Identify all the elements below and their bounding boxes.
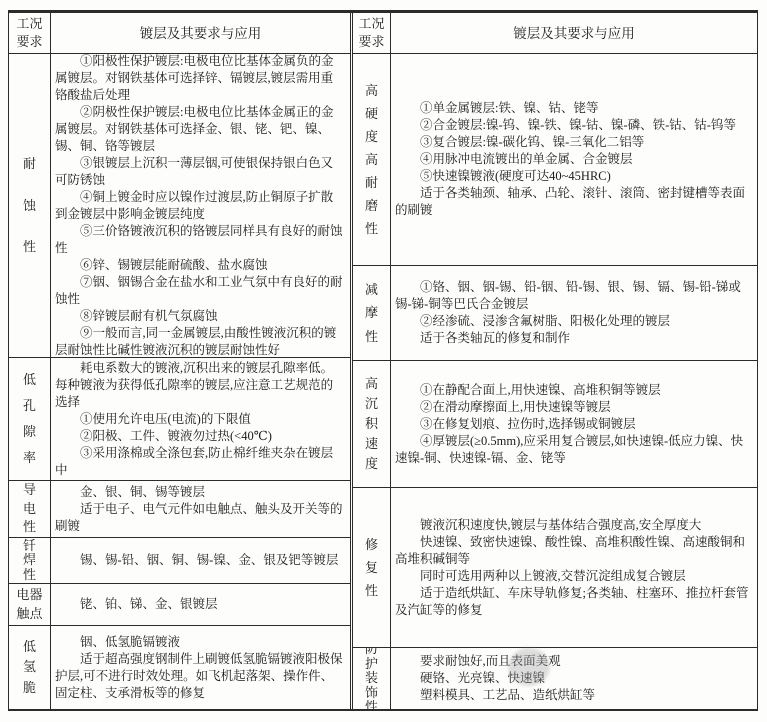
row-conductivity: 导 电 性 金、银、铜、锡等镀层适于电子、电气元件如电触点、触头及开关等的刷镀 bbox=[9, 481, 350, 538]
paragraph: ②阴极性保护镀层:电极电位比基体金属正的金属镀层。对钢铁基体可选择金、银、铑、钯… bbox=[55, 104, 345, 155]
row-content-solderability: 锡、锡-铅、铟、铜、锡-镍、金、银及钯等镀层 bbox=[51, 538, 350, 583]
paragraph: 铑、铂、锑、金、银镀层 bbox=[55, 596, 345, 613]
paragraph: ①单金属镀层:铁、镍、钴、铑等 bbox=[395, 100, 752, 117]
row-corrosion-resistance: 耐 蚀 性 ①阳极性保护镀层:电极电位比基体金属负的金属镀层。对钢铁基体可选择锌… bbox=[9, 54, 350, 358]
table-left-half: 工况 要求 镀层及其要求与应用 耐 蚀 性 ①阳极性保护镀层:电极电位比基体金属… bbox=[9, 13, 353, 709]
paragraph: ⑥锌、锡镀层能耐硫酸、盐水腐蚀 bbox=[55, 257, 345, 274]
paragraph: ①阳极性保护镀层:电极电位比基体金属负的金属镀层。对钢铁基体可选择锌、镉镀层,镀… bbox=[55, 54, 345, 104]
row-label-conductivity: 导 电 性 bbox=[9, 481, 51, 537]
table-right-half: 工况 要求 镀层及其要求与应用 高 硬 度 高 耐 磨 性 ①单金属镀层:铁、镍… bbox=[353, 13, 757, 709]
row-content-anti-friction: ①铬、铟、铟-锡、铅-铟、铅-锡、银、锡、镉、锡-铅-锑或锡-锑-铜等巴氏合金镀… bbox=[391, 266, 757, 360]
paragraph: 适于超高强度钢制件上刷镀低氢脆镉镀液阳极保护层,可不进行时效处理。如飞机起落架、… bbox=[55, 651, 345, 702]
paragraph: ⑧锌镀层耐有机气氛腐蚀 bbox=[55, 308, 345, 325]
row-content-low-hydrogen-embrittlement: 铟、低氢脆镉镀液适于超高强度钢制件上刷镀低氢脆镉镀液阳极保护层,可不进行时效处理… bbox=[51, 626, 350, 709]
paragraph: 耗电系数大的镀液,沉积出来的镀层孔隙率低。每种镀液为获得低孔隙率的镀层,应注意工… bbox=[55, 360, 345, 411]
row-label-anti-friction: 减 摩 性 bbox=[353, 266, 391, 360]
row-label-corrosion-resistance: 耐 蚀 性 bbox=[9, 54, 51, 357]
paragraph: ③复合镀层:镍-碳化钨、镍-三氧化二铝等 bbox=[395, 134, 752, 151]
paragraph: ①使用允许电压(电流)的下限值 bbox=[55, 411, 345, 428]
paragraph: 适于各类轴颈、轴承、凸轮、滚针、滚筒、密封键槽等表面的刷镀 bbox=[395, 185, 752, 219]
row-label-solderability: 钎 焊 性 bbox=[9, 538, 51, 583]
row-label-protective-decorative: 防 护 装 饰 性 bbox=[353, 648, 391, 709]
paragraph: 镀液沉积速度快,镀层与基体结合强度高,安全厚度大 bbox=[395, 517, 752, 534]
row-content-protective-decorative: 要求耐蚀好,而且表面美观硬铬、光亮镍、快速镍塑料模具、工艺品、造纸烘缸等 bbox=[391, 648, 757, 709]
row-low-porosity: 低 孔 隙 率 耗电系数大的镀液,沉积出来的镀层孔隙率低。每种镀液为获得低孔隙率… bbox=[9, 358, 350, 481]
paragraph: 铟、低氢脆镉镀液 bbox=[55, 634, 345, 651]
paragraph: ④厚镀层(≥0.5mm),应采用复合镀层,如快速镍-低应力镍、快速镍-铜、快速镍… bbox=[395, 433, 752, 467]
paragraph: 快速镍、致密快速镍、酸性镍、高堆积酸性镍、高速酸铜和高堆积碱铜等 bbox=[395, 534, 752, 568]
row-label-electrical-contact: 电器 触点 bbox=[9, 584, 51, 625]
paragraph: 硬铬、光亮镍、快速镍 bbox=[395, 670, 752, 687]
paragraph: ②经渗硫、浸渗含氟树脂、阳极化处理的镀层 bbox=[395, 313, 752, 330]
right-header-coating: 镀层及其要求与应用 bbox=[391, 13, 757, 53]
row-label-high-deposition-rate: 高 沉 积 速 度 bbox=[353, 361, 391, 487]
paragraph: 同时可选用两种以上镀液,交替沉淀组成复合镀层 bbox=[395, 568, 752, 585]
row-protective-decorative: 防 护 装 饰 性 要求耐蚀好,而且表面美观硬铬、光亮镍、快速镍塑料模具、工艺品… bbox=[353, 648, 757, 709]
right-header-coating-label: 镀层及其要求与应用 bbox=[513, 25, 635, 42]
row-label-low-hydrogen-embrittlement: 低 氢 脆 bbox=[9, 626, 51, 709]
paragraph: ②合金镀层:镍-钨、镍-铁、镍-钴、镍-磷、铁-钴、钴-钨等 bbox=[395, 117, 752, 134]
paragraph: ③采用涤棉或全涤包套,防止棉纤维夹杂在镀层中 bbox=[55, 445, 345, 479]
row-label-repairability: 修 复 性 bbox=[353, 488, 391, 647]
plating-requirements-table: 工况 要求 镀层及其要求与应用 耐 蚀 性 ①阳极性保护镀层:电极电位比基体金属… bbox=[8, 10, 758, 711]
scanned-plating-table-page: 工况 要求 镀层及其要求与应用 耐 蚀 性 ①阳极性保护镀层:电极电位比基体金属… bbox=[0, 0, 767, 722]
row-content-conductivity: 金、银、铜、锡等镀层适于电子、电气元件如电触点、触头及开关等的刷镀 bbox=[51, 481, 350, 537]
paragraph: ④用脉冲电流镀出的单金属、合金镀层 bbox=[395, 151, 752, 168]
paragraph: ③银镀层上沉积一薄层铟,可使银保持银白色又可防锈蚀 bbox=[55, 155, 345, 189]
row-content-high-deposition-rate: ①在静配合面上,用快速镍、高堆积铜等镀层②在滑动摩擦面上,用快速镍等镀层③在修复… bbox=[391, 361, 757, 487]
paragraph: ①铬、铟、铟-锡、铅-铟、铅-锡、银、锡、镉、锡-铅-锑或锡-锑-铜等巴氏合金镀… bbox=[395, 279, 752, 313]
paragraph: 锡、锡-铅、铟、铜、锡-镍、金、银及钯等镀层 bbox=[55, 552, 345, 569]
right-header-condition: 工况 要求 bbox=[353, 13, 391, 53]
row-content-high-hardness-wear-resistance: ①单金属镀层:铁、镍、钴、铑等②合金镀层:镍-钨、镍-铁、镍-钴、镍-磷、铁-钴… bbox=[391, 54, 757, 265]
paragraph: ⑤三价铬镀液沉积的铬镀层同样具有良好的耐蚀性 bbox=[55, 223, 345, 257]
paragraph: 适于造纸烘缸、车床导轨修复;各类轴、柱塞环、推拉杆套管及汽缸等的修复 bbox=[395, 585, 752, 619]
paragraph: 塑料模具、工艺品、造纸烘缸等 bbox=[395, 687, 752, 704]
row-high-deposition-rate: 高 沉 积 速 度 ①在静配合面上,用快速镍、高堆积铜等镀层②在滑动摩擦面上,用… bbox=[353, 361, 757, 488]
paragraph: 金、银、铜、锡等镀层 bbox=[55, 484, 345, 501]
paragraph: ④铜上镀金时应以镍作过渡层,防止铜原子扩散到金镀层中影响金镀层纯度 bbox=[55, 189, 345, 223]
row-anti-friction: 减 摩 性 ①铬、铟、铟-锡、铅-铟、铅-锡、银、锡、镉、锡-铅-锑或锡-锑-铜… bbox=[353, 266, 757, 361]
left-header-coating-label: 镀层及其要求与应用 bbox=[140, 25, 262, 42]
row-label-low-porosity: 低 孔 隙 率 bbox=[9, 358, 51, 480]
paragraph: 要求耐蚀好,而且表面美观 bbox=[395, 653, 752, 670]
paragraph: ②阳极、工件、镀液勿过热(<40℃) bbox=[55, 428, 345, 445]
paragraph: ②在滑动摩擦面上,用快速镍等镀层 bbox=[395, 399, 752, 416]
row-low-hydrogen-embrittlement: 低 氢 脆 铟、低氢脆镉镀液适于超高强度钢制件上刷镀低氢脆镉镀液阳极保护层,可不… bbox=[9, 626, 350, 709]
left-header-condition: 工况 要求 bbox=[9, 13, 51, 53]
paragraph: ①在静配合面上,用快速镍、高堆积铜等镀层 bbox=[395, 382, 752, 399]
paragraph: ⑦铟、铟锡合金在盐水和工业气氛中有良好的耐蚀性 bbox=[55, 274, 345, 308]
left-header-coating: 镀层及其要求与应用 bbox=[51, 13, 350, 53]
row-label-high-hardness-wear-resistance: 高 硬 度 高 耐 磨 性 bbox=[353, 54, 391, 265]
row-repairability: 修 复 性 镀液沉积速度快,镀层与基体结合强度高,安全厚度大快速镍、致密快速镍、… bbox=[353, 488, 757, 648]
left-header-row: 工况 要求 镀层及其要求与应用 bbox=[9, 13, 350, 54]
row-solderability: 钎 焊 性 锡、锡-铅、铟、铜、锡-镍、金、银及钯等镀层 bbox=[9, 538, 350, 584]
row-content-corrosion-resistance: ①阳极性保护镀层:电极电位比基体金属负的金属镀层。对钢铁基体可选择锌、镉镀层,镀… bbox=[51, 54, 350, 357]
row-high-hardness-wear-resistance: 高 硬 度 高 耐 磨 性 ①单金属镀层:铁、镍、钴、铑等②合金镀层:镍-钨、镍… bbox=[353, 54, 757, 266]
row-electrical-contact: 电器 触点 铑、铂、锑、金、银镀层 bbox=[9, 584, 350, 626]
row-content-repairability: 镀液沉积速度快,镀层与基体结合强度高,安全厚度大快速镍、致密快速镍、酸性镍、高堆… bbox=[391, 488, 757, 647]
paragraph: ③在修复划痕、拉伤时,选择锡或铜镀层 bbox=[395, 416, 752, 433]
paragraph: ⑤快速镍镀液(硬度可达40~45HRC) bbox=[395, 168, 752, 185]
right-header-row: 工况 要求 镀层及其要求与应用 bbox=[353, 13, 757, 54]
row-content-low-porosity: 耗电系数大的镀液,沉积出来的镀层孔隙率低。每种镀液为获得低孔隙率的镀层,应注意工… bbox=[51, 358, 350, 480]
row-content-electrical-contact: 铑、铂、锑、金、银镀层 bbox=[51, 584, 350, 625]
paragraph: ⑨一般而言,同一金属镀层,由酸性镀液沉积的镀层耐蚀性比碱性镀液沉积的镀层耐蚀性好 bbox=[55, 325, 345, 358]
paragraph: 适于各类轴瓦的修复和制作 bbox=[395, 330, 752, 347]
paragraph: 适于电子、电气元件如电触点、触头及开关等的刷镀 bbox=[55, 501, 345, 535]
